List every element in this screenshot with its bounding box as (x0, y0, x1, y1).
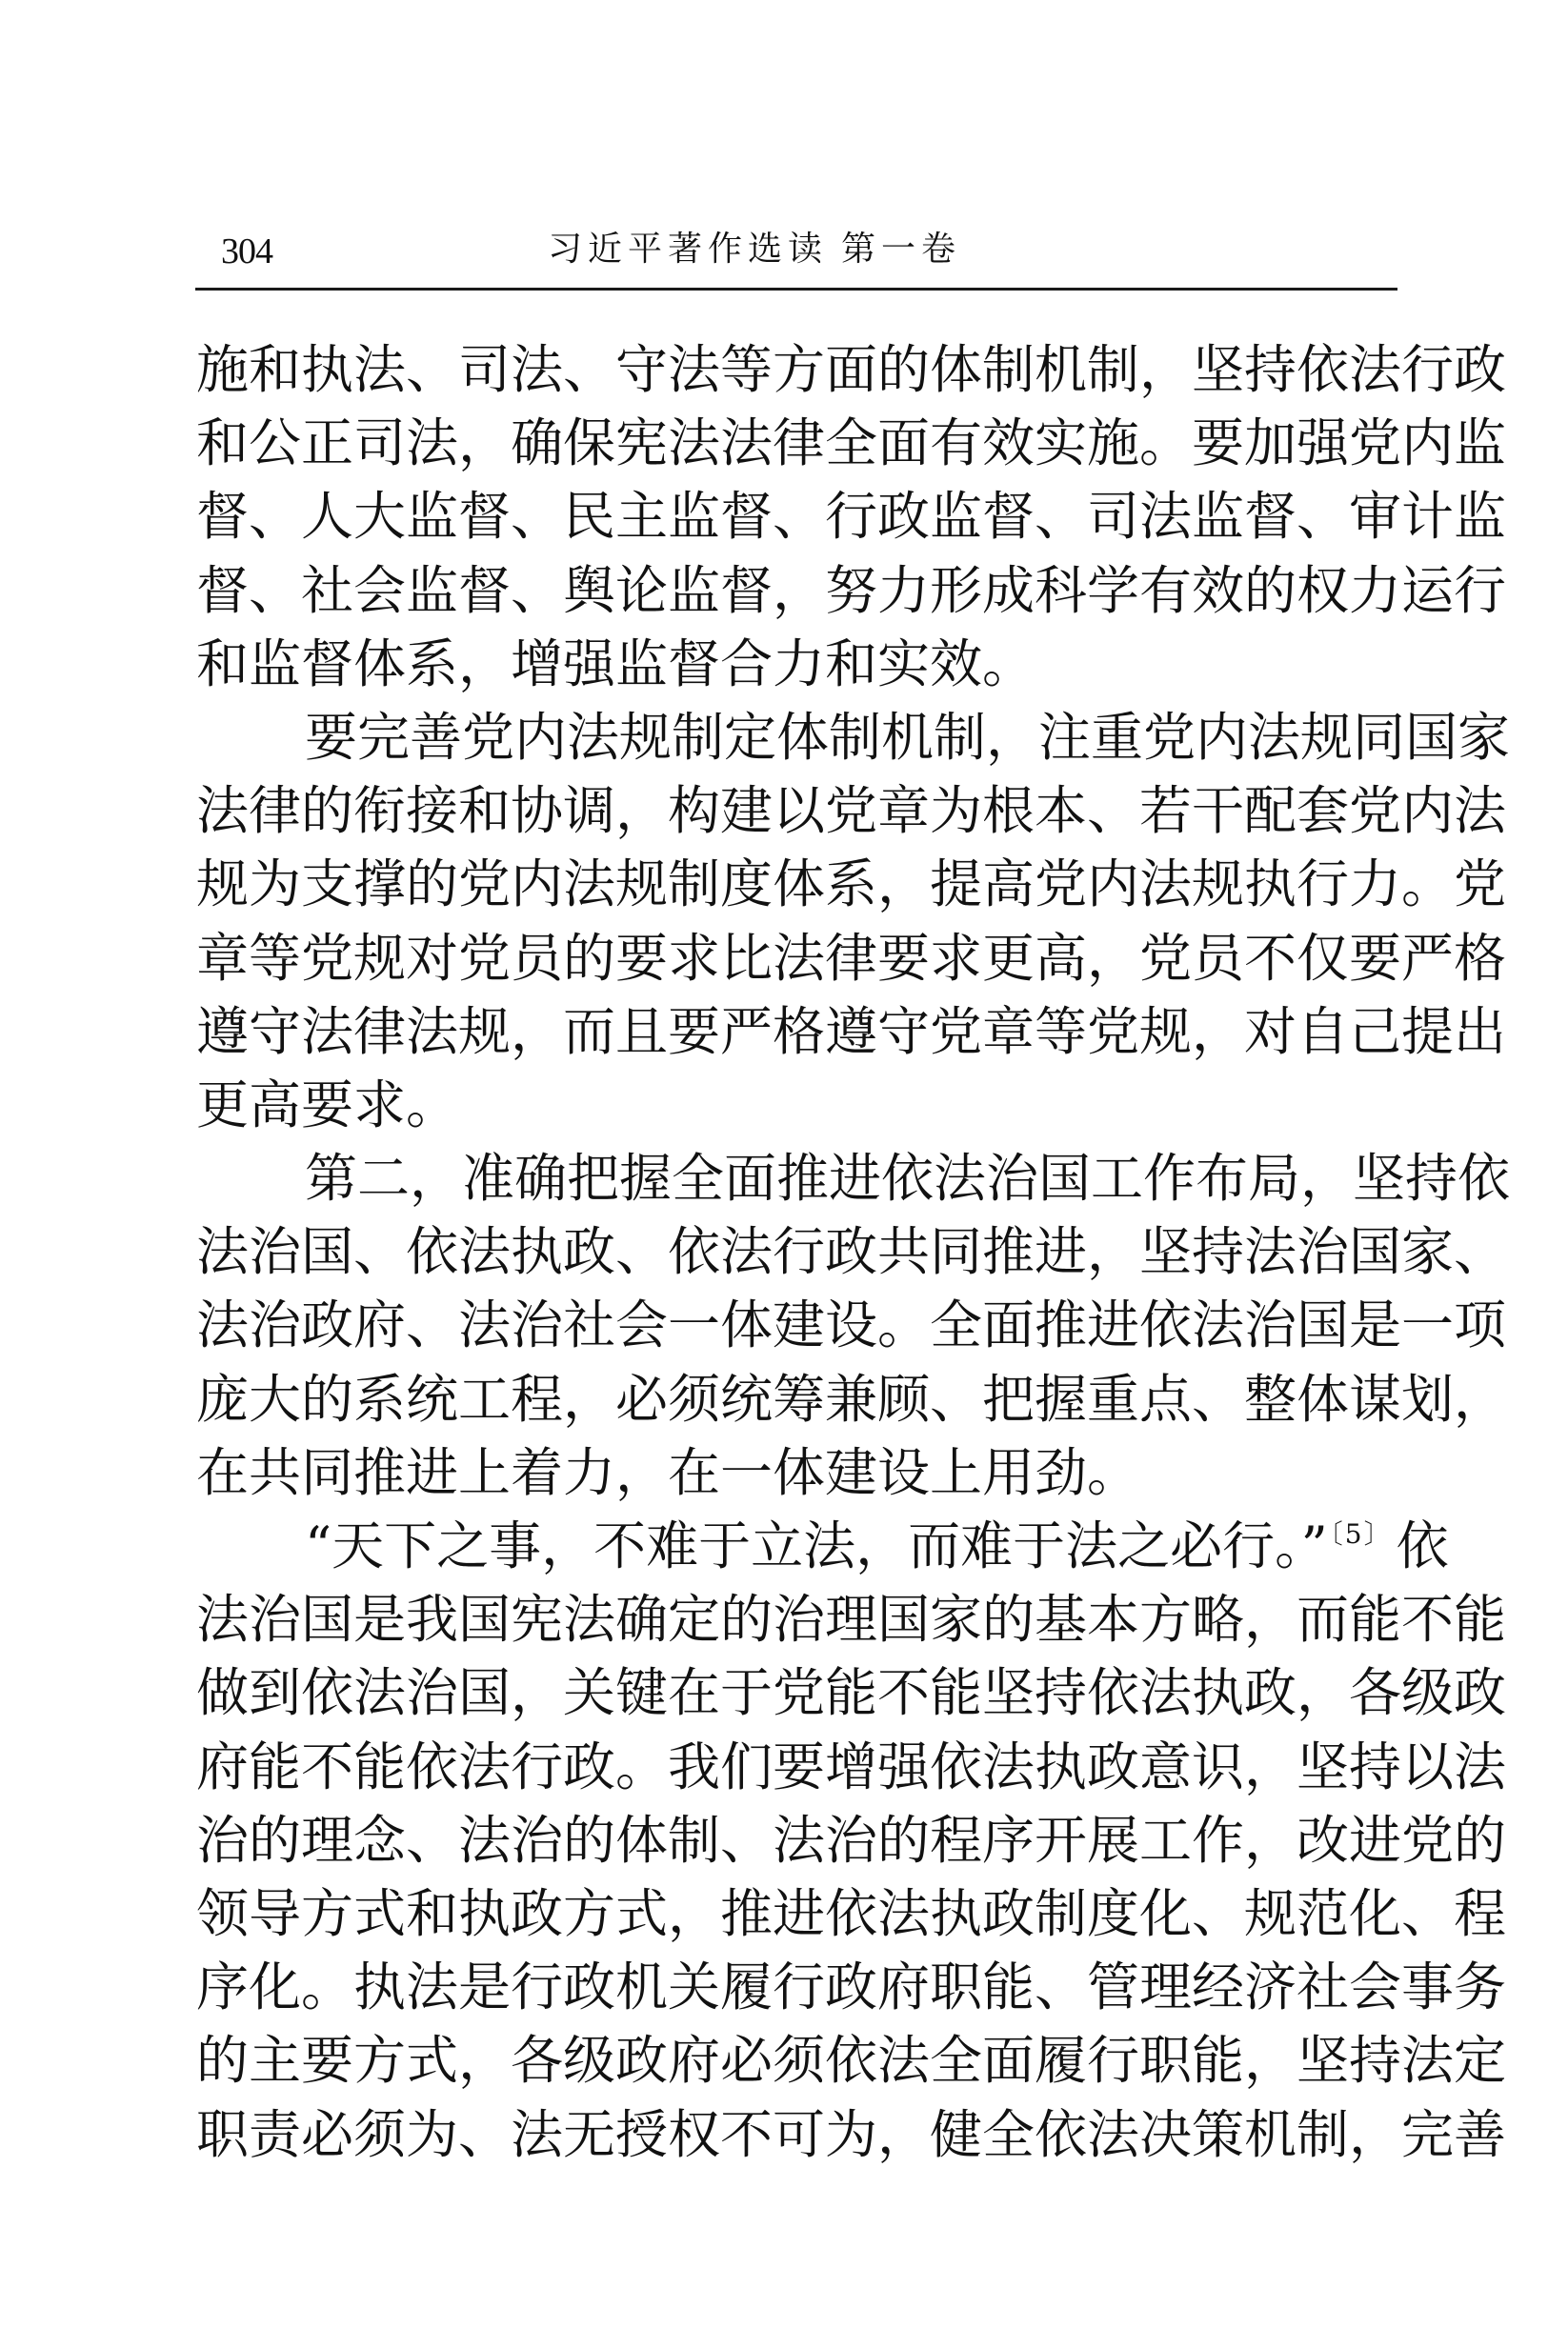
text-line: 治的理念、法治的体制、法治的程序开展工作，改进党的 (196, 1804, 1395, 1877)
text-line: 遵守法律法规，而且要严格遵守党章等党规，对自己提出 (196, 995, 1395, 1069)
text-line: 督、社会监督、舆论监督，努力形成科学有效的权力运行 (196, 554, 1395, 628)
text-line: 序化。执法是行政机关履行政府职能、管理经济社会事务 (196, 1951, 1395, 2024)
text-line: 章等党规对党员的要求比法律要求更高，党员不仅要严格 (196, 922, 1395, 995)
text-line: 法治政府、法治社会一体建设。全面推进依法治国是一项 (196, 1289, 1395, 1362)
text-line: 法治国、依法执政、依法行政共同推进，坚持法治国家、 (196, 1215, 1395, 1289)
volume-label: 第一卷 (841, 230, 961, 269)
page-header: 304 习近平著作选读第一卷 (195, 227, 1397, 274)
running-title: 习近平著作选读第一卷 (548, 229, 961, 271)
text-line: 施和执法、司法、守法等方面的体制机制，坚持依法行政 (196, 333, 1395, 407)
footnote-marker[interactable]: 〔5〕 (1330, 1518, 1393, 1550)
text-line: 府能不能依法行政。我们要增强依法执政意识，坚持以法 (196, 1731, 1395, 1804)
text-line: 职责必须为、法无授权不可为，健全依法决策机制，完善 (196, 2098, 1395, 2172)
text-line: 更高要求。 (196, 1069, 1395, 1142)
page-number: 304 (221, 232, 272, 271)
book-title: 习近平著作选读 (548, 230, 828, 269)
text-line: 法律的衔接和协调，构建以党章为根本、若干配套党内法 (196, 774, 1395, 848)
header-rule (195, 288, 1397, 291)
paragraph-start-line: “天下之事，不难于立法，而难于法之必行。”〔5〕依 (196, 1510, 1395, 1583)
body-text: 施和执法、司法、守法等方面的体制机制，坚持依法行政 和公正司法，确保宪法法律全面… (196, 333, 1395, 2172)
text-line: 和监督体系，增强监督合力和实效。 (196, 628, 1395, 701)
text-line: 庞大的系统工程，必须统筹兼顾、把握重点、整体谋划， (196, 1363, 1395, 1436)
quotation-tail: 依 (1397, 1515, 1449, 1576)
text-line: 和公正司法，确保宪法法律全面有效实施。要加强党内监 (196, 407, 1395, 480)
text-line: 领导方式和执政方式，推进依法执政制度化、规范化、程 (196, 1877, 1395, 1951)
text-line: 的主要方式，各级政府必须依法全面履行职能，坚持法定 (196, 2024, 1395, 2097)
text-line: 做到依法治国，关键在于党能不能坚持依法执政，各级政 (196, 1656, 1395, 1730)
text-line: 法治国是我国宪法确定的治理国家的基本方略，而能不能 (196, 1583, 1395, 1656)
paragraph-start-line: 要完善党内法规制定体制机制，注重党内法规同国家 (196, 701, 1395, 774)
quotation: “天下之事，不难于立法，而难于法之必行。” (305, 1515, 1328, 1576)
text-line: 在共同推进上着力，在一体建设上用劲。 (196, 1436, 1395, 1510)
paragraph-start-line: 第二，准确把握全面推进依法治国工作布局，坚持依 (196, 1142, 1395, 1215)
text-line: 规为支撑的党内法规制度体系，提高党内法规执行力。党 (196, 848, 1395, 921)
text-line: 督、人大监督、民主监督、行政监督、司法监督、审计监 (196, 480, 1395, 553)
